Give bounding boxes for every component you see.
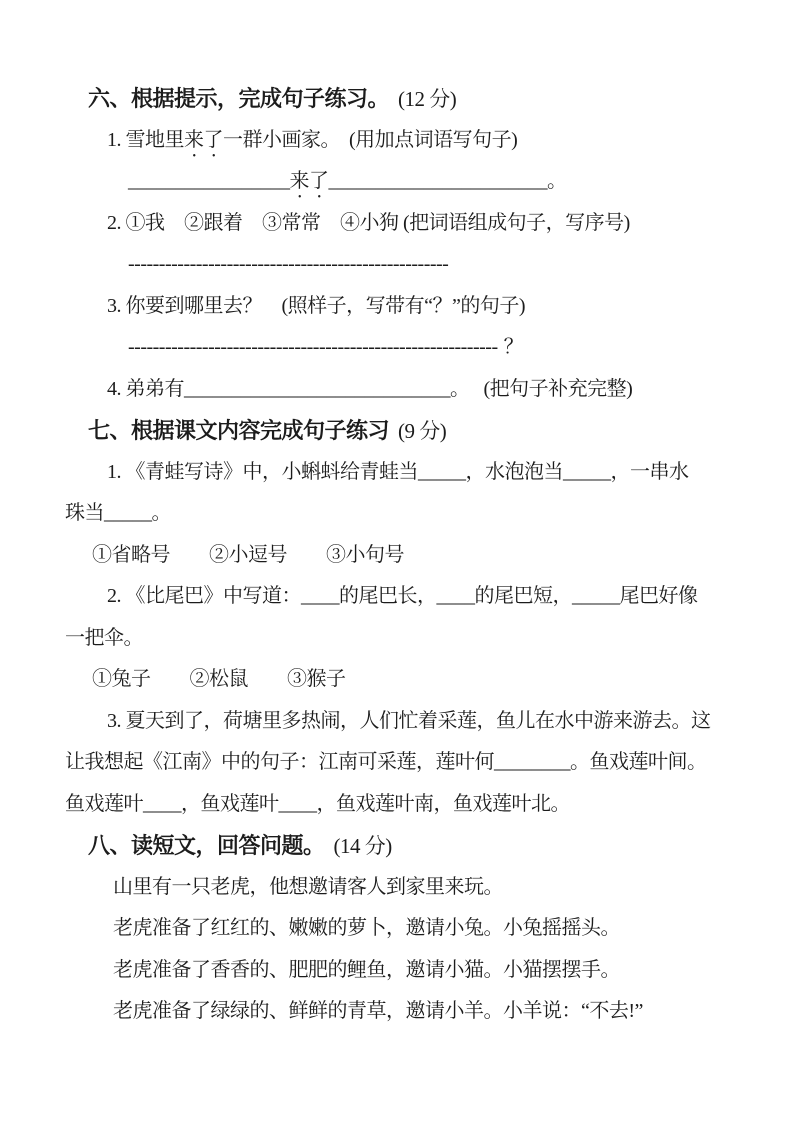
sec6-item1-pre: 1. 雪地里: [107, 129, 184, 151]
answer-blank: _______________________: [329, 170, 548, 192]
section8-score: (14 分): [334, 834, 392, 858]
answer-blank: _________________: [128, 170, 290, 192]
sec6-item1-answer-line: _________________来了_____________________…: [0, 161, 793, 203]
sec6-item1-answer-dotted-word: 来了: [290, 170, 329, 192]
section7-title: 七、根据课文内容完成句子练习: [88, 418, 389, 443]
sec7-item1-line2: 珠当_____。: [0, 493, 793, 535]
sec7-item2-options: ①兔子 ②松鼠 ③猴子: [0, 659, 793, 701]
section7-score: (9 分): [398, 419, 446, 443]
section6-score: (12 分): [398, 87, 456, 111]
sec6-item1-hint: (用加点词语写句子): [340, 129, 517, 151]
sec8-paragraph-3: 老虎准备了香香的、肥肥的鲤鱼，邀请小猫。小猫摆摆手。: [0, 950, 793, 992]
sec6-item4-hint: (把句子补充完整): [460, 378, 633, 400]
sec7-item1-line1: 1. 《青蛙写诗》中，小蝌蚪给青蛙当_____，水泡泡当_____，一串水: [0, 452, 793, 494]
sec6-item4-text: 4. 弟弟有____________________________。 (把句子…: [0, 369, 793, 411]
answer-dashes: ----------------------------------------…: [128, 336, 498, 358]
section6-title: 六、根据提示，完成句子练习。: [88, 86, 389, 111]
sec6-item4-period: 。: [450, 378, 460, 400]
sec6-item3-question-mark: ？: [504, 336, 524, 358]
sec7-item2-line2: 一把伞。: [0, 618, 793, 660]
exam-page: 六、根据提示，完成句子练习。(12 分) 1. 雪地里来了一群小画家。 (用加点…: [0, 0, 793, 1122]
sec6-item2-text: 2. ①我 ②跟着 ③常常 ④小狗 (把词语组成句子，写序号): [0, 203, 793, 245]
sec8-paragraph-1: 山里有一只老虎，他想邀请客人到家里来玩。: [0, 867, 793, 909]
sec6-item1-answer-period: 。: [547, 170, 567, 192]
sec6-item2-answer-line: ----------------------------------------…: [0, 244, 793, 286]
sec6-item3-answer-line: ----------------------------------------…: [0, 327, 793, 369]
sec7-item3-line1: 3. 夏天到了，荷塘里多热闹，人们忙着采莲，鱼儿在水中游来游去。这: [0, 701, 793, 743]
sec6-item1-post: 一群小画家。: [223, 129, 340, 151]
section8-heading: 八、读短文，回答问题。(14 分): [0, 825, 793, 867]
section8-title: 八、读短文，回答问题。: [88, 833, 325, 858]
sec8-paragraph-2: 老虎准备了红红的、嫩嫩的萝卜，邀请小兔。小兔摇摇头。: [0, 908, 793, 950]
section6-heading: 六、根据提示，完成句子练习。(12 分): [0, 78, 793, 120]
sec7-item3-line3: 鱼戏莲叶____，鱼戏莲叶____，鱼戏莲叶南，鱼戏莲叶北。: [0, 784, 793, 826]
sec7-item2-line1: 2. 《比尾巴》中写道：____的尾巴长，____的尾巴短，_____尾巴好像: [0, 576, 793, 618]
section7-heading: 七、根据课文内容完成句子练习(9 分): [0, 410, 793, 452]
sec7-item1-options: ①省略号 ②小逗号 ③小句号: [0, 535, 793, 577]
sec6-item1-dotted-word: 来了: [184, 129, 223, 151]
answer-blank: ____________________________: [184, 378, 450, 400]
sec6-item4-pre: 4. 弟弟有: [107, 378, 184, 400]
sec8-paragraph-4: 老虎准备了绿绿的、鲜鲜的青草，邀请小羊。小羊说：“不去!”: [0, 991, 793, 1033]
sec7-item3-line2: 让我想起《江南》中的句子：江南可采莲，莲叶何________。鱼戏莲叶间。: [0, 742, 793, 784]
sec6-item1-text: 1. 雪地里来了一群小画家。 (用加点词语写句子): [0, 120, 793, 162]
sec6-item3-text: 3. 你要到哪里去？ (照样子，写带有“？”的句子): [0, 286, 793, 328]
